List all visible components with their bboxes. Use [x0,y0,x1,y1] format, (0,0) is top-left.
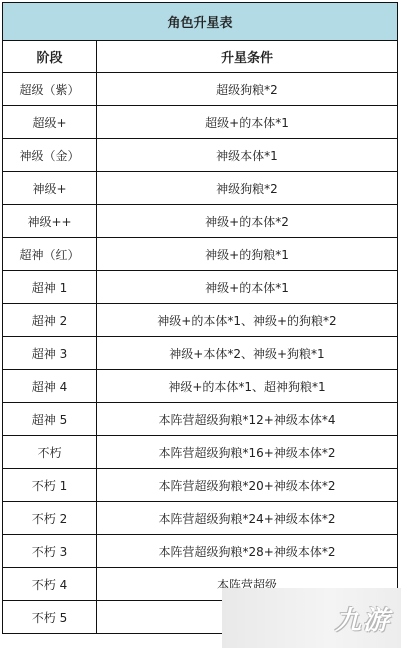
stage-cell: 不朽 [3,436,97,469]
stage-cell: 超神 4 [3,370,97,403]
table-row: 超神 5本阵营超级狗粮*12+神级本体*4 [3,403,398,436]
watermark: 九游 [222,588,401,648]
table-row: 超级+超级+的本体*1 [3,106,398,139]
table-row: 不朽 3本阵营超级狗粮*28+神级本体*2 [3,535,398,568]
table-row: 神级+神级狗粮*2 [3,172,398,205]
header-stage: 阶段 [3,41,97,73]
condition-cell: 神级+的本体*1 [97,271,398,304]
table-row: 超级（紫）超级狗粮*2 [3,73,398,106]
condition-cell: 本阵营超级狗粮*24+神级本体*2 [97,502,398,535]
table-row: 超神 3神级+本体*2、神级+狗粮*1 [3,337,398,370]
stage-cell: 超神（红） [3,238,97,271]
condition-cell: 神级+的本体*1、超神狗粮*1 [97,370,398,403]
table-row: 不朽 1本阵营超级狗粮*20+神级本体*2 [3,469,398,502]
condition-cell: 超级+的本体*1 [97,106,398,139]
table-row: 不朽本阵营超级狗粮*16+神级本体*2 [3,436,398,469]
table-header-row: 阶段 升星条件 [3,41,398,73]
table-row: 超神 2神级+的本体*1、神级+的狗粮*2 [3,304,398,337]
stage-cell: 超神 5 [3,403,97,436]
table-title: 角色升星表 [3,3,398,41]
stage-cell: 不朽 2 [3,502,97,535]
table-row: 神级（金）神级本体*1 [3,139,398,172]
condition-cell: 神级+的狗粮*1 [97,238,398,271]
condition-cell: 本阵营超级狗粮*20+神级本体*2 [97,469,398,502]
stage-cell: 超级（紫） [3,73,97,106]
table-row: 不朽 2本阵营超级狗粮*24+神级本体*2 [3,502,398,535]
condition-cell: 神级本体*1 [97,139,398,172]
stage-cell: 超神 1 [3,271,97,304]
condition-cell: 神级+的本体*1、神级+的狗粮*2 [97,304,398,337]
stage-cell: 超神 2 [3,304,97,337]
stage-cell: 不朽 4 [3,568,97,601]
stage-cell: 神级（金） [3,139,97,172]
header-condition: 升星条件 [97,41,398,73]
jiuyou-logo-icon: 九游 [335,600,391,637]
condition-cell: 神级+本体*2、神级+狗粮*1 [97,337,398,370]
stage-cell: 不朽 5 [3,601,97,634]
stage-cell: 神级+ [3,172,97,205]
table-row: 神级++神级+的本体*2 [3,205,398,238]
star-upgrade-table: 角色升星表 阶段 升星条件 超级（紫）超级狗粮*2超级+超级+的本体*1神级（金… [2,2,398,634]
stage-cell: 超级+ [3,106,97,139]
table-row: 超神 4神级+的本体*1、超神狗粮*1 [3,370,398,403]
stage-cell: 不朽 3 [3,535,97,568]
condition-cell: 神级狗粮*2 [97,172,398,205]
table-row: 超神 1神级+的本体*1 [3,271,398,304]
stage-cell: 超神 3 [3,337,97,370]
table-row: 超神（红）神级+的狗粮*1 [3,238,398,271]
table-title-row: 角色升星表 [3,3,398,41]
stage-cell: 神级++ [3,205,97,238]
stage-cell: 不朽 1 [3,469,97,502]
condition-cell: 本阵营超级狗粮*12+神级本体*4 [97,403,398,436]
condition-cell: 本阵营超级狗粮*16+神级本体*2 [97,436,398,469]
condition-cell: 超级狗粮*2 [97,73,398,106]
condition-cell: 本阵营超级狗粮*28+神级本体*2 [97,535,398,568]
condition-cell: 神级+的本体*2 [97,205,398,238]
